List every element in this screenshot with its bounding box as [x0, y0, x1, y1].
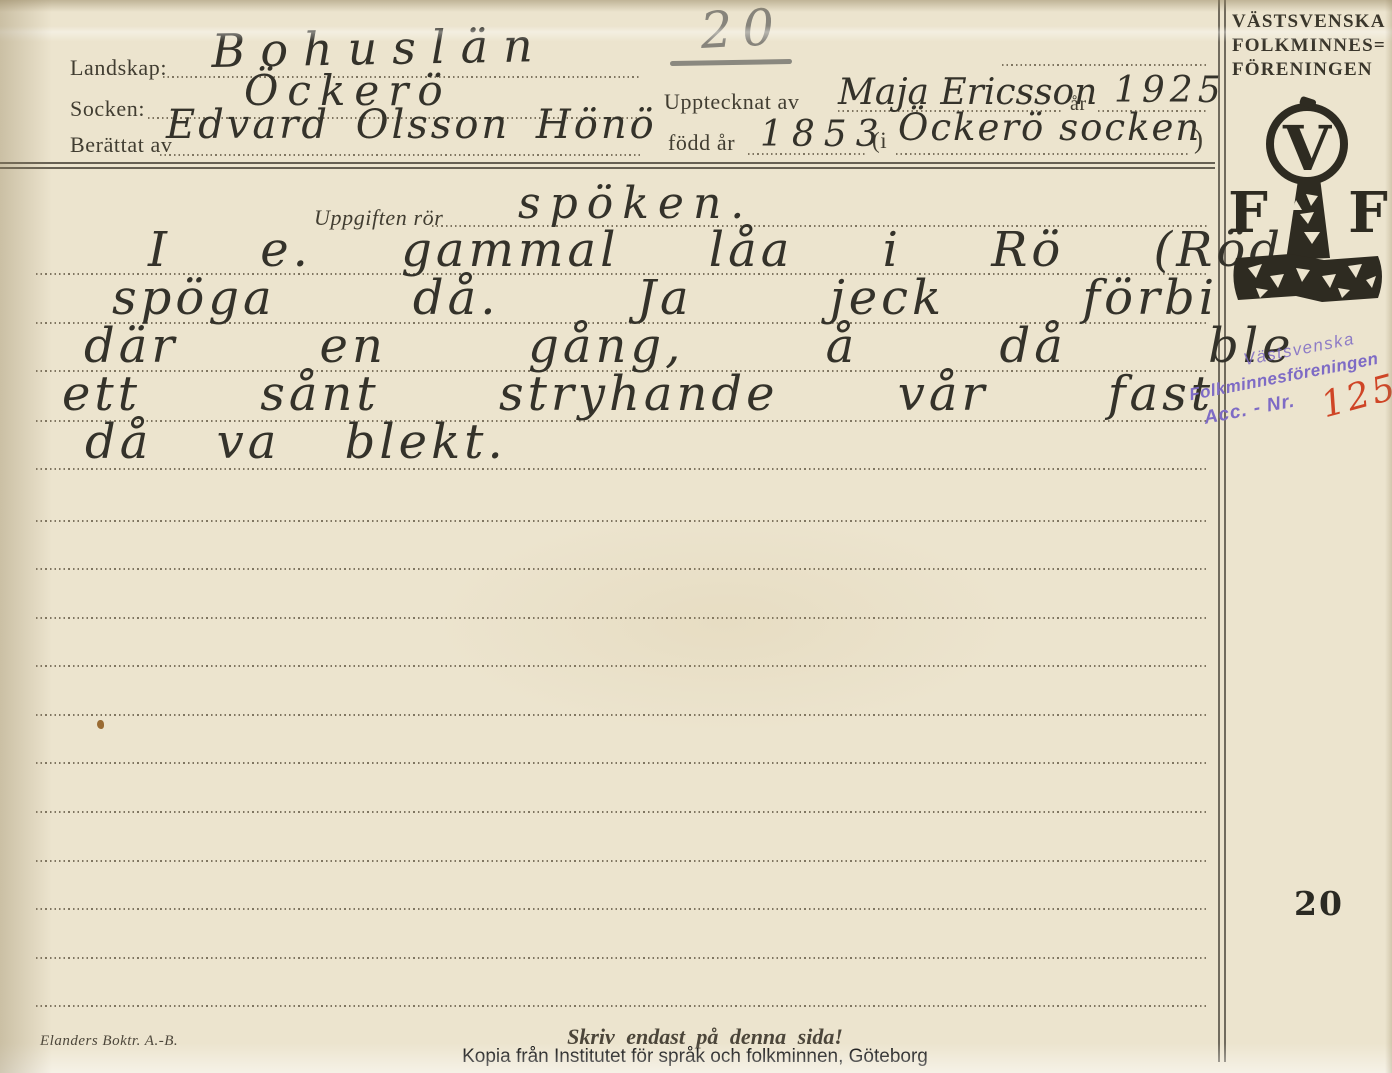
dotted-line: [36, 520, 1208, 522]
berattat-handwritten-value: Edvard Olsson Hönö: [166, 102, 657, 148]
fodd-ar-label: född år: [668, 130, 735, 156]
paren-field-line: [896, 153, 1188, 155]
right-column-rule-outer: [1218, 0, 1220, 1062]
pencil-underline: [670, 59, 792, 66]
dotted-line: [36, 568, 1208, 570]
dotted-line: [36, 908, 1208, 910]
pencil-page-number: 20: [699, 0, 786, 60]
dotted-line: [36, 957, 1208, 959]
header-divider-top: [0, 162, 1215, 164]
dotted-line: [36, 1005, 1208, 1007]
landskap-label: Landskap:: [70, 55, 167, 81]
header-divider-bottom: [0, 167, 1215, 169]
printer-imprint: Elanders Boktr. A.-B.: [40, 1033, 178, 1050]
fodd-handwritten-value: 1853: [760, 114, 888, 155]
paren-socken-handwritten-value: Öckerö socken: [898, 106, 1201, 149]
organization-name-line3: FÖRENINGEN: [1232, 58, 1390, 82]
ar-handwritten-value: 1925: [1114, 70, 1226, 111]
socken-label: Socken:: [70, 96, 145, 122]
organization-name-line1: VÄSTSVENSKA: [1232, 10, 1390, 34]
top-right-field-line: [1002, 64, 1208, 66]
logo-letter-f-left: F: [1228, 180, 1268, 246]
logo-letter-f-right: F: [1348, 180, 1388, 246]
folklore-record-card: Landskap: Socken: Berättat av Upptecknat…: [0, 0, 1392, 1073]
thors-hammer-icon: V F F: [1226, 92, 1390, 324]
archive-copy-note: Kopia från Institutet för språk och folk…: [390, 1046, 1000, 1068]
berattat-av-label: Berättat av: [70, 132, 173, 158]
paper-speck: [97, 720, 104, 729]
body-line: då va blekt.: [85, 414, 507, 470]
dotted-line: [36, 617, 1208, 619]
organization-name-line2: FOLKMINNES=: [1232, 34, 1390, 58]
dotted-line: [36, 762, 1208, 764]
dotted-line: [36, 714, 1208, 716]
dotted-line: [36, 811, 1208, 813]
vff-logo: V F F: [1226, 92, 1390, 329]
organization-name: VÄSTSVENSKA FOLKMINNES= FÖRENINGEN: [1232, 10, 1390, 82]
upptecknat-av-label: Upptecknat av: [664, 89, 799, 115]
logo-letter-v: V: [1282, 112, 1332, 185]
berattat-field-line: [160, 154, 642, 156]
dotted-line: [36, 665, 1208, 667]
printed-page-number: 20: [1294, 884, 1344, 923]
dotted-line: [36, 860, 1208, 862]
